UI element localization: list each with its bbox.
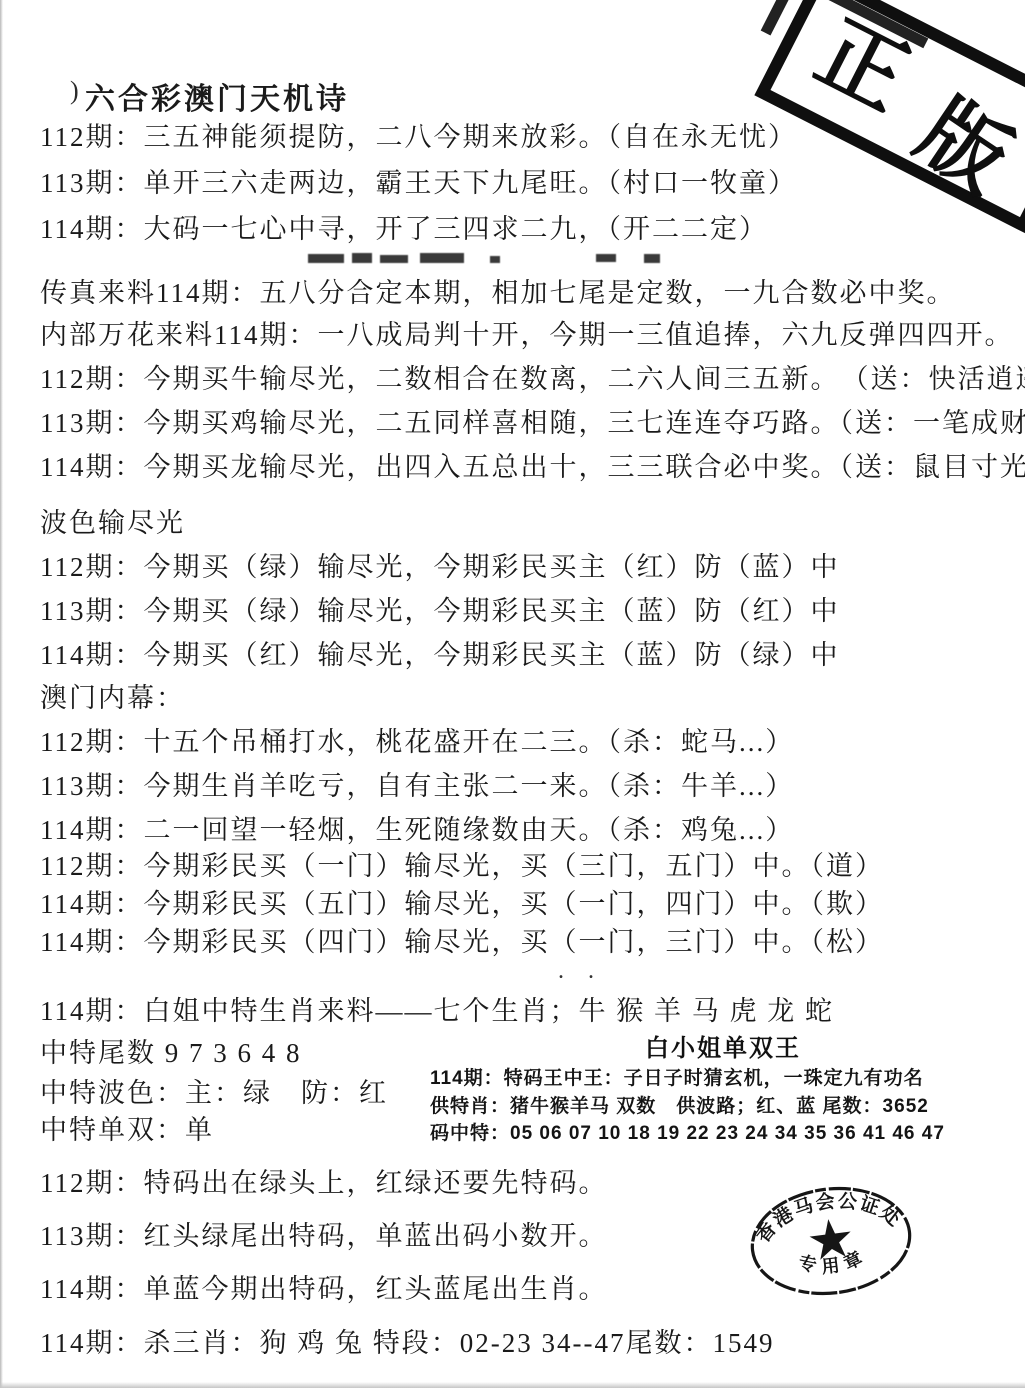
jielun-line-112: 112期：特码出在绿头上，红绿还要先特码。 xyxy=(40,1166,608,1200)
men-line-112: 112期：今期彩民买（一门）输尽光，买（三门，五门）中。（道） xyxy=(40,849,884,883)
neimu-line-114: 114期：二一回望一轻烟，生死随缘数由天。（杀：鸡兔...） xyxy=(40,813,794,847)
bose-line-114: 114期：今期买（红）输尽光，今期彩民买主（蓝）防（绿）中 xyxy=(40,638,840,672)
neimu-line-112: 112期：十五个吊桶打水，桃花盛开在二三。（杀：蛇马...） xyxy=(40,725,794,759)
smudged-text-artifact xyxy=(308,252,664,265)
lailiao-line-113: 113期：今期买鸡输尽光，二五同样喜相随，三七连连夺巧路。（送：一笔成财） xyxy=(40,406,1025,440)
jockey-club-seal: 香港马会公证处 专用章 ★ xyxy=(739,1172,922,1310)
zhongte-weishu-line: 中特尾数 9 7 3 6 4 8 xyxy=(40,1036,302,1070)
zhongte-danshuang-line: 中特单双：单 xyxy=(40,1113,214,1147)
jielun-line-113: 113期：红头绿尾出特码，单蓝出码小数开。 xyxy=(40,1219,608,1253)
lailiao-line-114: 114期：今期买龙输尽光，出四入五总出十，三三联合必中奖。（送：鼠目寸光） xyxy=(40,450,1025,484)
mazhongte-line: 码中特：05 06 07 10 18 19 22 23 24 34 35 36 … xyxy=(430,1118,945,1145)
internal-lailiao-line: 内部万花来料114期：一八成局判十开，今期一三值追捧，六九反弹四四开。 xyxy=(40,318,1014,352)
wangzhongwang-line: 114期：特码王中王：子日子时猜玄机，一珠定九有功名 xyxy=(430,1063,924,1090)
scanned-lottery-sheet: ) 六合彩澳门天机诗 112期：三五神能须提防，二八今期来放彩。（自在永无忧） … xyxy=(0,0,1025,1388)
men-line-114b: 114期：今期彩民买（四门）输尽光，买（一门，三门）中。（松） xyxy=(40,925,884,959)
bose-line-112: 112期：今期买（绿）输尽光，今期彩民买主（红）防（蓝）中 xyxy=(40,550,840,584)
lailiao-line-112: 112期：今期买牛输尽光，二数相合在数离，二六人间三五新。 （送：快活逍遥） xyxy=(40,362,1025,396)
jielun-line-114: 114期：单蓝今期出特码，红头蓝尾出生肖。 xyxy=(40,1272,608,1306)
seal-star-icon: ★ xyxy=(803,1207,858,1272)
page-title: 六合彩澳门天机诗 xyxy=(85,74,349,118)
stray-dots-artifact: . . xyxy=(558,958,603,985)
bose-header: 波色输尽光 xyxy=(40,506,185,540)
neimu-header: 澳门内幕： xyxy=(40,681,185,715)
neimu-line-113: 113期：今期生肖羊吃亏，自有主张二一来。（杀：牛羊...） xyxy=(40,769,794,803)
poem-line-114: 114期：大码一七心中寻，开了三四求二九，（开二二定） xyxy=(40,212,768,246)
poem-line-112: 112期：三五神能须提防，二八今期来放彩。（自在永无忧） xyxy=(40,120,797,154)
scan-artifact-paren: ) xyxy=(70,76,79,106)
poem-line-113: 113期：单开三六走两边，霸王天下九尾旺。（村口一牧童） xyxy=(40,166,797,200)
gongtexiao-line: 供特肖：猪牛猴羊马 双数 供波路；红、蓝 尾数：3652 xyxy=(430,1091,929,1118)
fax-lailiao-line: 传真来料114期：五八分合定本期，相加七尾是定数，一九合数必中奖。 xyxy=(40,276,956,310)
scan-edge-bottom xyxy=(0,1382,1025,1388)
zhongte-bose-line: 中特波色：主：绿 防：红 xyxy=(40,1076,388,1110)
shasanxiao-line: 114期：杀三肖：狗 鸡 兔 特段：02-23 34--47尾数：1549 xyxy=(40,1326,774,1360)
baixiaojie-title: 白小姐单双王 xyxy=(645,1028,801,1063)
bose-line-113: 113期：今期买（绿）输尽光，今期彩民买主（蓝）防（红）中 xyxy=(40,594,840,628)
men-line-114a: 114期：今期彩民买（五门）输尽光，买（一门，四门）中。（欺） xyxy=(40,887,884,921)
scan-edge-left xyxy=(0,0,3,1388)
shengxiao-line: 114期：白姐中特生肖来料——七个生肖；牛 猴 羊 马 虎 龙 蛇 xyxy=(40,994,834,1028)
